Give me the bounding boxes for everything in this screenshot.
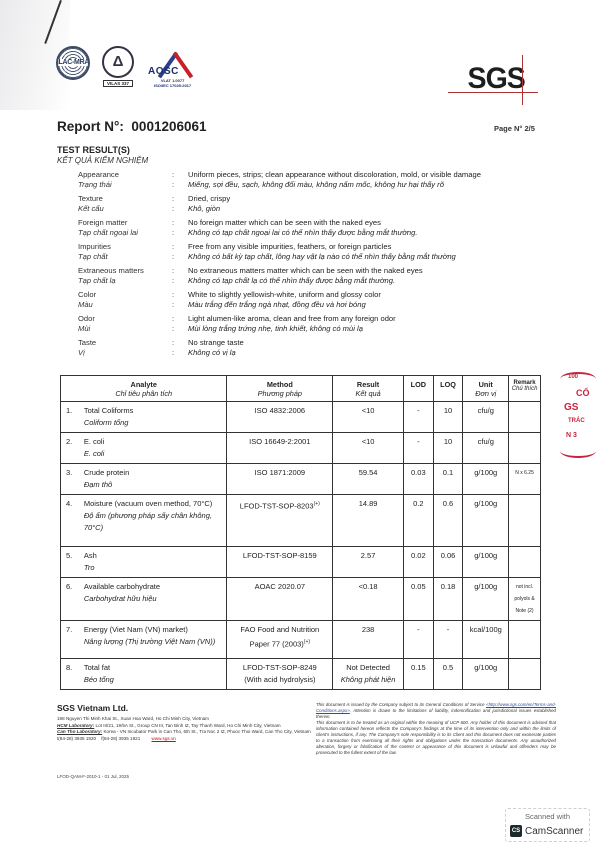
property-item: Texture:Dried, crispyKết cấu:Khô, giòn [78, 194, 498, 214]
col-unit: UnitĐơn vị [463, 376, 509, 402]
property-item: Taste:No strange tasteVị:Không có vị lạ [78, 338, 498, 358]
col-analyte: AnalyteChỉ tiêu phân tích [61, 376, 227, 402]
row-number: 7. [61, 621, 78, 659]
property-value: Uniform pieces, strips; clean appearance… [188, 170, 498, 180]
analyte-cell: Energy (Viet Nam (VN) market)Năng lượng … [78, 621, 227, 659]
unit-cell: g/100g [463, 495, 509, 547]
loq-cell: 0.6 [433, 495, 463, 547]
unit-cell: cfu/g [463, 433, 509, 464]
sgs-logo: SGS [468, 62, 525, 96]
remark-cell: N x 6.25 [509, 464, 541, 495]
lod-cell: - [403, 433, 433, 464]
row-number: 2. [61, 433, 78, 464]
property-value: No extraneous matters matter which can b… [188, 266, 498, 276]
property-label: Foreign matter [78, 218, 172, 228]
table-row: 4.Moisture (vacuum oven method, 70°C)Độ … [61, 495, 541, 547]
method-cell: LFOD-TST-SOP-8249(With acid hydrolysis) [227, 659, 333, 690]
unit-cell: g/100g [463, 547, 509, 578]
analyte-cell: Available carbohydrateCarbohydrat hữu hi… [78, 578, 227, 621]
property-value: Dried, crispy [188, 194, 498, 204]
row-number: 3. [61, 464, 78, 495]
property-item: Impurities:Free from any visible impurit… [78, 242, 498, 262]
loq-cell: 10 [433, 402, 463, 433]
loq-cell: 10 [433, 433, 463, 464]
remark-cell [509, 495, 541, 547]
property-item: Foreign matter:No foreign matter which c… [78, 218, 498, 238]
accreditation-logos: ILAC-MRA VILAS 337 AOSC VLAT 1.0077ISO/I… [56, 46, 212, 96]
report-number: Report N°: 0001206061 [57, 119, 207, 134]
property-label-vi: Trạng thái [78, 180, 172, 190]
property-label: Color [78, 290, 172, 300]
lod-cell: - [403, 621, 433, 659]
result-cell: 238 [333, 621, 404, 659]
camscanner-icon: CS [510, 825, 522, 837]
property-value-vi: Không có tạp chất lạ có thể nhìn thấy đư… [188, 276, 498, 286]
method-cell: ISO 4832:2006 [227, 402, 333, 433]
table-row: 3.Crude proteinĐạm thôISO 1871:200959.54… [61, 464, 541, 495]
lod-cell: 0.2 [403, 495, 433, 547]
property-value-vi: Miếng, sợi đều, sạch, không đổi màu, khô… [188, 180, 498, 190]
remark-cell [509, 402, 541, 433]
lod-cell: 0.03 [403, 464, 433, 495]
property-label: Odor [78, 314, 172, 324]
remark-cell [509, 433, 541, 464]
table-row: 2.E. coliE. coliISO 16649-2:2001<10-10cf… [61, 433, 541, 464]
method-cell: ISO 16649-2:2001 [227, 433, 333, 464]
property-item: Extraneous matters:No extraneous matters… [78, 266, 498, 286]
result-cell: <10 [333, 402, 404, 433]
property-value-vi: Khô, giòn [188, 204, 498, 214]
unit-cell: kcal/100g [463, 621, 509, 659]
red-stamp: 100 CỔ GS TRÁC N 3 [556, 372, 596, 462]
row-number: 4. [61, 495, 78, 547]
vilas-logo: VILAS 337 [100, 46, 136, 87]
property-label: Texture [78, 194, 172, 204]
unit-cell: cfu/g [463, 402, 509, 433]
property-value: No foreign matter which can be seen with… [188, 218, 498, 228]
col-method: MethodPhương pháp [227, 376, 333, 402]
property-value-vi: Màu trắng đến trắng ngà nhạt, đồng đều v… [188, 300, 498, 310]
analyte-cell: Total ColiformsColiform tổng [78, 402, 227, 433]
remark-cell: not incl. polyols & Note (2) [509, 578, 541, 621]
analyte-cell: AshTro [78, 547, 227, 578]
property-item: Odor:Light alumen-like aroma, clean and … [78, 314, 498, 334]
property-value: White to slightly yellowish-white, unifo… [188, 290, 498, 300]
col-lod: LOD [403, 376, 433, 402]
result-cell: 2.57 [333, 547, 404, 578]
unit-cell: g/100g [463, 578, 509, 621]
property-value: Free from any visible impurities, feathe… [188, 242, 498, 252]
analyte-cell: Crude proteinĐạm thô [78, 464, 227, 495]
remark-cell [509, 547, 541, 578]
loq-cell: 0.5 [433, 659, 463, 690]
row-number: 8. [61, 659, 78, 690]
page-number: Page N° 2/5 [494, 124, 535, 133]
disclaimer: This document is issued by the Company s… [316, 702, 556, 756]
loq-cell: 0.18 [433, 578, 463, 621]
analyte-cell: Total fatBéo tổng [78, 659, 227, 690]
aosc-logo: AOSC VLAT 1.0077ISO/IEC 17025:2017 [146, 46, 212, 94]
property-value: No strange taste [188, 338, 498, 348]
analyte-cell: Moisture (vacuum oven method, 70°C)Độ ẩm… [78, 495, 227, 547]
logo-rule [448, 92, 538, 93]
method-cell: FAO Food and Nutrition Paper 77 (2003)(+… [227, 621, 333, 659]
result-cell: <0.18 [333, 578, 404, 621]
method-cell: LFOD-TST-SOP-8159 [227, 547, 333, 578]
row-number: 5. [61, 547, 78, 578]
property-value-vi: Mùi lòng trắng trứng nhẹ, tinh khiết, kh… [188, 324, 498, 334]
unit-cell: g/100g [463, 464, 509, 495]
property-label-vi: Mùi [78, 324, 172, 334]
property-value: Light alumen-like aroma, clean and free … [188, 314, 498, 324]
analyte-cell: E. coliE. coli [78, 433, 227, 464]
property-value-vi: Không có tạp chất ngoại lai có thể nhìn … [188, 228, 498, 238]
col-remark: RemarkChú thích [509, 376, 541, 402]
lod-cell: 0.05 [403, 578, 433, 621]
logo-rule [522, 55, 523, 105]
website-link[interactable]: www.sgs.vn [152, 736, 176, 741]
property-label: Appearance [78, 170, 172, 180]
property-value-vi: Không có vị lạ [188, 348, 498, 358]
row-number: 1. [61, 402, 78, 433]
table-header-row: AnalyteChỉ tiêu phân tích MethodPhương p… [61, 376, 541, 402]
col-loq: LOQ [433, 376, 463, 402]
property-label: Extraneous matters [78, 266, 172, 276]
section-title-vi: KẾT QUẢ KIỂM NGHIỆM [57, 156, 148, 165]
property-label: Impurities [78, 242, 172, 252]
row-number: 6. [61, 578, 78, 621]
lod-cell: 0.02 [403, 547, 433, 578]
result-cell: 59.54 [333, 464, 404, 495]
property-label-vi: Vị [78, 348, 172, 358]
property-value-vi: Không có bất kỳ tạp chất, lông hay vật l… [188, 252, 498, 262]
method-cell: LFOD-TST-SOP-8203(+) [227, 495, 333, 547]
sensory-properties: Appearance:Uniform pieces, strips; clean… [78, 170, 498, 362]
method-cell: ISO 1871:2009 [227, 464, 333, 495]
property-label-vi: Kết cấu [78, 204, 172, 214]
table-row: 6.Available carbohydrateCarbohydrat hữu … [61, 578, 541, 621]
section-title: TEST RESULT(S) [57, 145, 130, 155]
company-name: SGS Vietnam Ltd. [57, 703, 128, 713]
ilac-mra-logo: ILAC-MRA [56, 46, 90, 80]
property-label-vi: Tạp chất lạ [78, 276, 172, 286]
property-item: Appearance:Uniform pieces, strips; clean… [78, 170, 498, 190]
lod-cell: - [403, 402, 433, 433]
result-cell: <10 [333, 433, 404, 464]
method-cell: AOAC 2020.07 [227, 578, 333, 621]
property-label-vi: Màu [78, 300, 172, 310]
result-cell: Not DetectedKhông phát hiện [333, 659, 404, 690]
property-label-vi: Tạp chất [78, 252, 172, 262]
loq-cell: 0.1 [433, 464, 463, 495]
property-label-vi: Tạp chất ngoại lai [78, 228, 172, 238]
camscanner-watermark: Scanned with CS CamScanner [505, 808, 590, 842]
table-row: 1.Total ColiformsColiform tổngISO 4832:2… [61, 402, 541, 433]
lod-cell: 0.15 [403, 659, 433, 690]
company-address: 198 Nguyen Thi Minh Khai St., Xuan Hoa W… [57, 716, 312, 742]
property-item: Color:White to slightly yellowish-white,… [78, 290, 498, 310]
col-result: ResultKết quả [333, 376, 404, 402]
result-cell: 14.89 [333, 495, 404, 547]
table-row: 8.Total fatBéo tổngLFOD-TST-SOP-8249(Wit… [61, 659, 541, 690]
table-row: 7.Energy (Viet Nam (VN) market)Năng lượn… [61, 621, 541, 659]
property-label: Taste [78, 338, 172, 348]
loq-cell: - [433, 621, 463, 659]
results-table: AnalyteChỉ tiêu phân tích MethodPhương p… [60, 375, 541, 690]
loq-cell: 0.06 [433, 547, 463, 578]
remark-cell [509, 621, 541, 659]
unit-cell: g/100g [463, 659, 509, 690]
table-row: 5.AshTroLFOD-TST-SOP-81592.570.020.06g/1… [61, 547, 541, 578]
form-code: LFOD-QAM-F-2010-1 - 01 Jul, 2025 [57, 774, 129, 779]
remark-cell [509, 659, 541, 690]
